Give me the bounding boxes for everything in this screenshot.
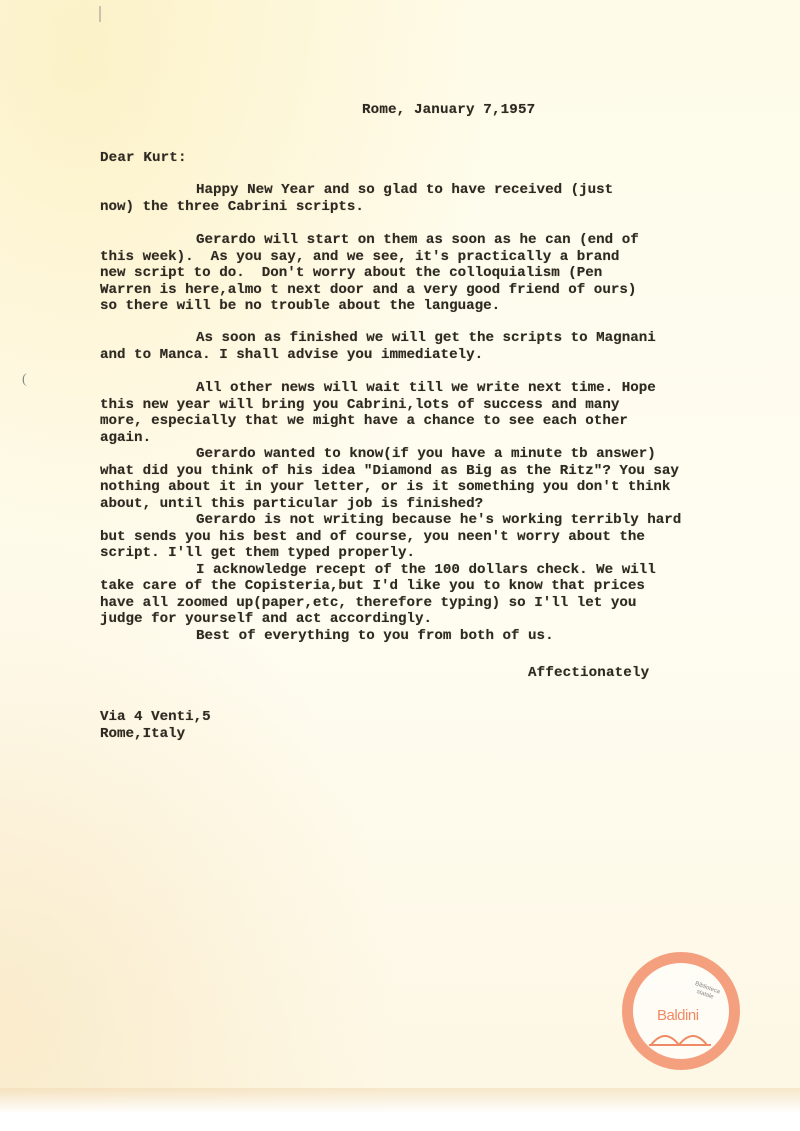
paper-bottom-edge [0,1088,800,1131]
text-line: Best of everything to you from both of u… [100,628,681,645]
text-line: judge for yourself and act accordingly. [100,611,681,628]
text-line: now) the three Cabrini scripts. [100,199,613,216]
margin-mark: ( [22,372,27,388]
paragraph-4: All other news will wait till we write n… [100,380,681,644]
text-line: this week). As you say, and we see, it's… [100,249,639,266]
address-block: Via 4 Venti,5 Rome,Italy [100,709,211,742]
text-line: All other news will wait till we write n… [100,380,681,397]
text-line: Warren is here,almo t next door and a ve… [100,282,639,299]
dateline: Rome, January 7,1957 [362,102,535,118]
closing: Affectionately [528,665,649,681]
text-line: Gerardo will start on them as soon as he… [100,232,639,249]
library-stamp: Biblioteca statale Baldini [622,952,740,1070]
stamp-caption: Biblioteca statale [691,981,720,1003]
text-line: As soon as finished we will get the scri… [100,330,656,347]
address-line: Rome,Italy [100,726,211,743]
text-line: what did you think of his idea "Diamond … [100,463,681,480]
text-line: I acknowledge recept of the 100 dollars … [100,562,681,579]
address-line: Via 4 Venti,5 [100,709,211,726]
text-line: and to Manca. I shall advise you immedia… [100,347,656,364]
text-line: take care of the Copisteria,but I'd like… [100,578,681,595]
text-line: have all zoomed up(paper,etc, therefore … [100,595,681,612]
text-line: but sends you his best and of course, yo… [100,529,681,546]
books-icon [649,1027,713,1047]
paragraph-2: Gerardo will start on them as soon as he… [100,232,639,315]
text-line: again. [100,430,681,447]
text-line: script. I'll get them typed properly. [100,545,681,562]
text-line: Gerardo wanted to know(if you have a min… [100,446,681,463]
text-line: more, especially that we might have a ch… [100,413,681,430]
text-line: so there will be no trouble about the la… [100,298,639,315]
text-line: nothing about it in your letter, or is i… [100,479,681,496]
paper-mark [99,6,101,22]
text-line: new script to do. Don't worry about the … [100,265,639,282]
text-line: Happy New Year and so glad to have recei… [100,182,613,199]
text-line: about, until this particular job is fini… [100,496,681,513]
paragraph-3: As soon as finished we will get the scri… [100,330,656,363]
text-line: this new year will bring you Cabrini,lot… [100,397,681,414]
paragraph-1: Happy New Year and so glad to have recei… [100,182,613,215]
text-line: Gerardo is not writing because he's work… [100,512,681,529]
stamp-name: Baldini [657,1007,699,1024]
salutation: Dear Kurt: [100,150,187,166]
